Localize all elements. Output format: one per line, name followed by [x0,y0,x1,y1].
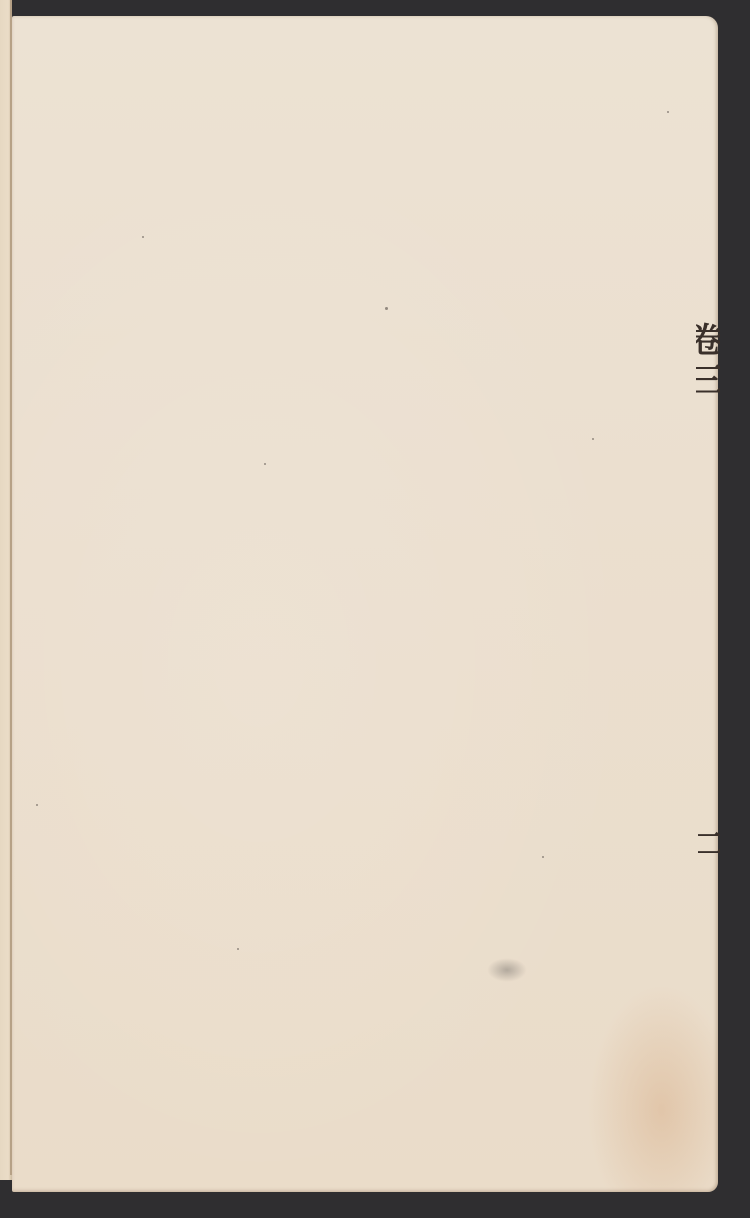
paper-speck [542,856,544,858]
volume-label: 卷三 [696,322,720,430]
paper-speck [237,948,239,950]
paper-speck [264,463,266,465]
paper-speck [385,307,388,310]
scan-background: 卷三 二 [0,0,750,1218]
paper-speck [142,236,144,238]
paper-speck [592,438,594,440]
ink-smudge [487,958,527,982]
paper-speck [667,111,669,113]
paper-speck [36,804,38,806]
book-page [12,16,718,1192]
folio-number: 二 [698,828,720,868]
